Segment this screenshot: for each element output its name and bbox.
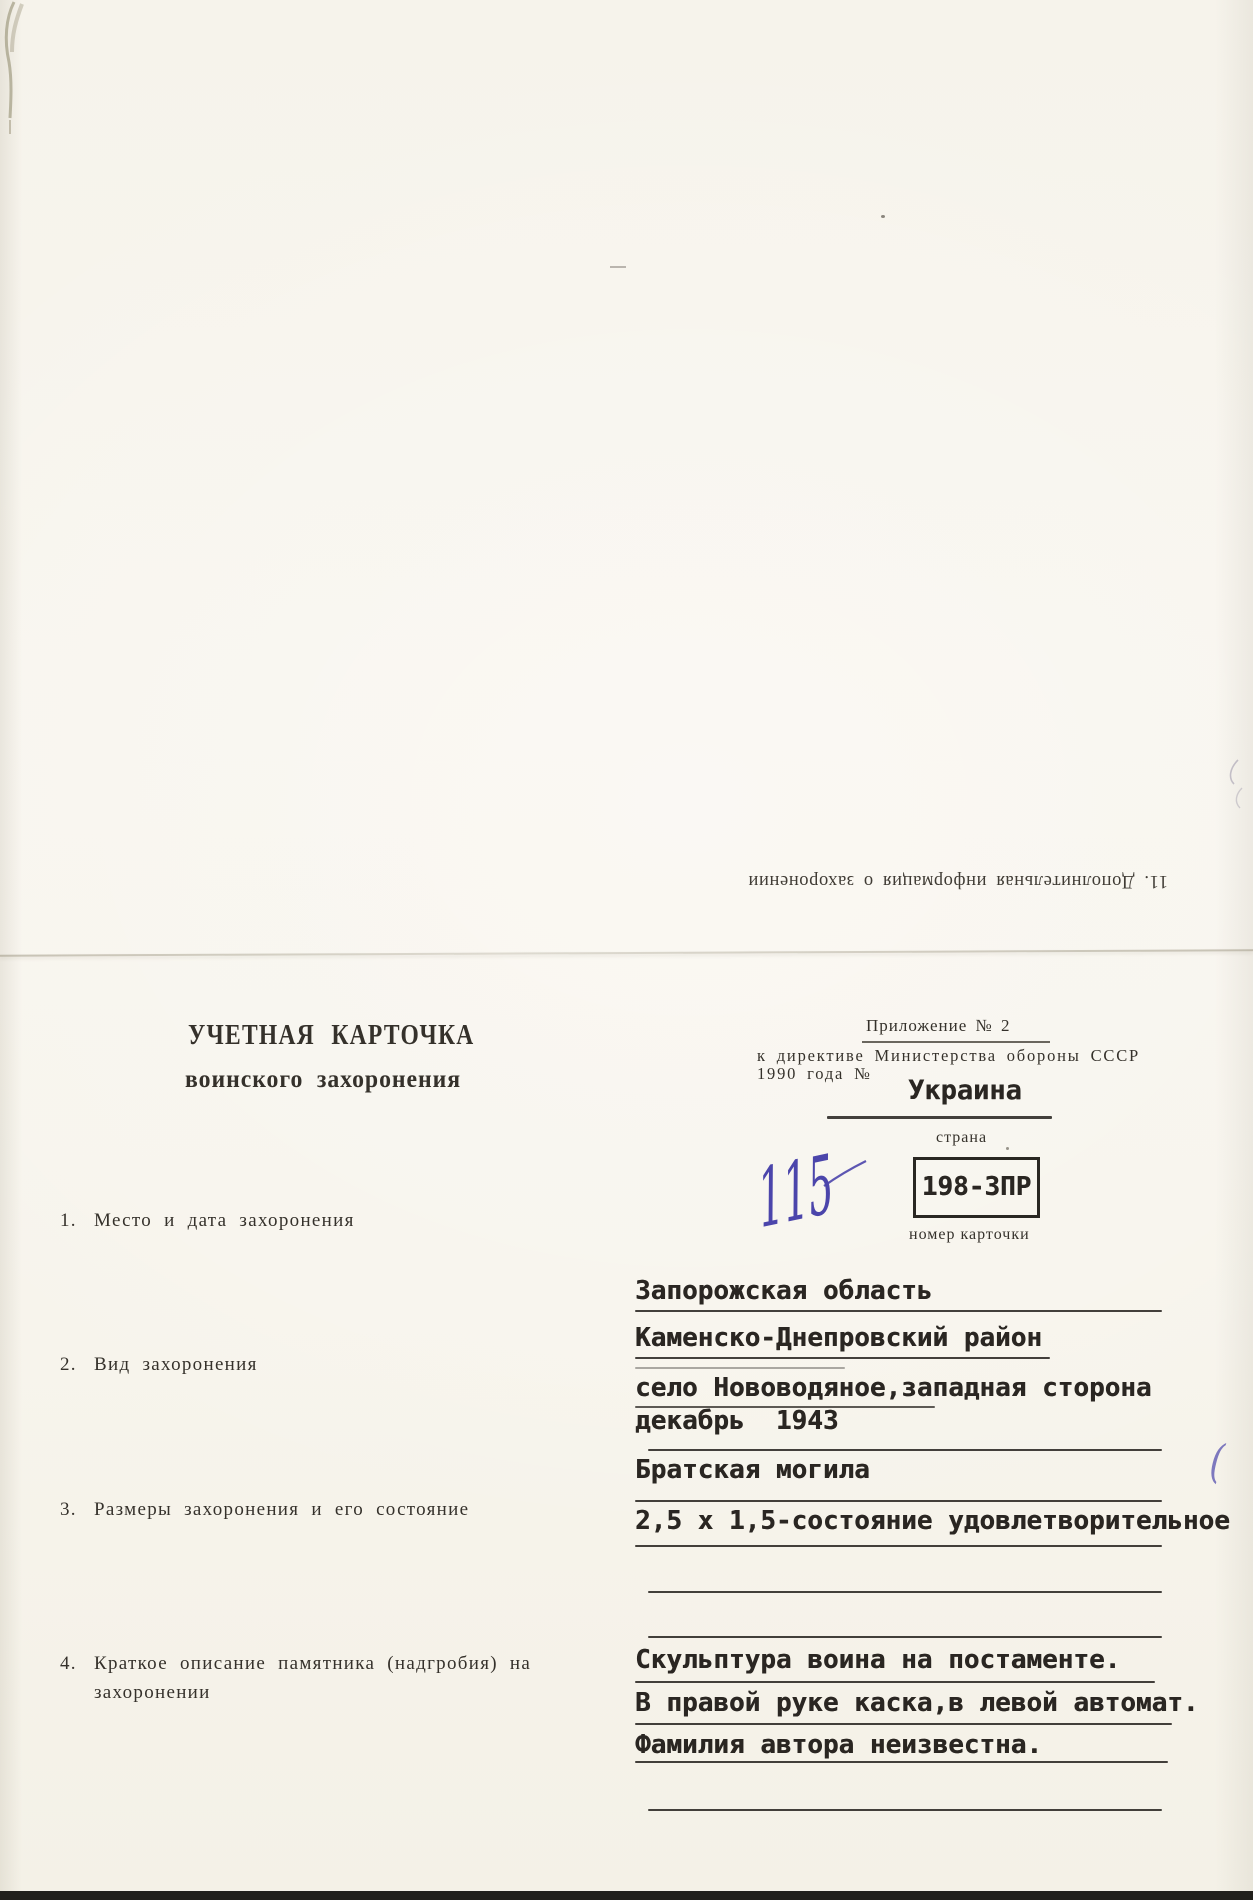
blank-underline (648, 1636, 1162, 1638)
scan-speck (881, 215, 885, 218)
margin-squiggle-mark (1218, 758, 1248, 810)
question-4-text-line2: захоронении (94, 1682, 211, 1703)
question-3-number: 3. (60, 1498, 94, 1522)
question-2-text: Вид захоронения (94, 1354, 258, 1375)
question-1-number: 1. (60, 1209, 94, 1233)
answer-region: Запорожская область (635, 1277, 932, 1306)
answer-date: декабрь 1943 (635, 1407, 839, 1436)
fold-crease (0, 949, 1253, 956)
question-3-label: 3.Размеры захоронения и его состояние (60, 1498, 469, 1522)
blank-underline (648, 1591, 1162, 1593)
question-4-label-line2: захоронении (94, 1681, 211, 1705)
answer-monument-line1: Скульптура воина на постаменте. (635, 1646, 1120, 1675)
answer-underline (635, 1761, 1168, 1763)
scanned-document: 11. Дополнительная информация о захороне… (0, 0, 1253, 1900)
scan-speck (610, 266, 626, 268)
question-3-text: Размеры захоронения и его состояние (94, 1499, 469, 1520)
question-1-label: 1.Место и дата захоронения (60, 1209, 355, 1233)
answer-underline (635, 1357, 1050, 1359)
country-caption: страна (936, 1128, 987, 1148)
country-underline (827, 1116, 1052, 1119)
card-number-value: 198-ЗПР (922, 1173, 1032, 1202)
blank-underline (648, 1449, 1162, 1451)
document-title-line2: воинского захоронения (185, 1064, 461, 1095)
scan-edge-strip (0, 1891, 1253, 1900)
question-4-number: 4. (60, 1652, 94, 1676)
question-4-text-line1: Краткое описание памятника (надгробия) н… (94, 1653, 531, 1674)
question-2-label: 2.Вид захоронения (60, 1353, 258, 1377)
rotated-section-11-note: 11. Дополнительная информация о захороне… (628, 869, 1168, 892)
corner-crease-mark (0, 0, 44, 150)
answer-size-condition: 2,5 х 1,5-состояние удовлетворительное (635, 1507, 1230, 1536)
answer-monument-line2: В правой руке каска,в левой автомат. (635, 1689, 1199, 1718)
question-2-number: 2. (60, 1353, 94, 1377)
margin-paren-mark: ( (1208, 1437, 1226, 1484)
answer-underline (635, 1723, 1172, 1725)
answer-underline (635, 1310, 1162, 1312)
answer-monument-line3: Фамилия автора неизвестна. (635, 1731, 1042, 1760)
question-4-label: 4.Краткое описание памятника (надгробия)… (60, 1652, 531, 1676)
handwriting-upstroke (818, 1158, 870, 1190)
answer-district: Каменско-Днепровский район (635, 1324, 1042, 1353)
question-1-text: Место и дата захоронения (94, 1210, 355, 1231)
document-title-line1: УЧЕТНАЯ КАРТОЧКА (188, 1018, 475, 1053)
country-value: Украина (908, 1076, 1022, 1106)
card-number-caption: номер карточки (909, 1225, 1030, 1245)
card-number-box: 198-ЗПР (913, 1157, 1040, 1218)
blank-underline (648, 1809, 1162, 1811)
annex-label: Приложение № 2 (866, 1015, 1010, 1036)
answer-village: село Нововодяное,западная сторона (635, 1374, 1152, 1403)
answer-underline (635, 1500, 1162, 1502)
answer-burial-type: Братская могила (635, 1456, 870, 1485)
scan-speck (1006, 1147, 1009, 1150)
answer-underline (635, 1545, 1162, 1547)
annex-year-line: 1990 года № (757, 1064, 872, 1085)
annex-underline (862, 1041, 1050, 1043)
answer-underline-ghost (635, 1367, 845, 1369)
answer-underline (635, 1681, 1155, 1683)
